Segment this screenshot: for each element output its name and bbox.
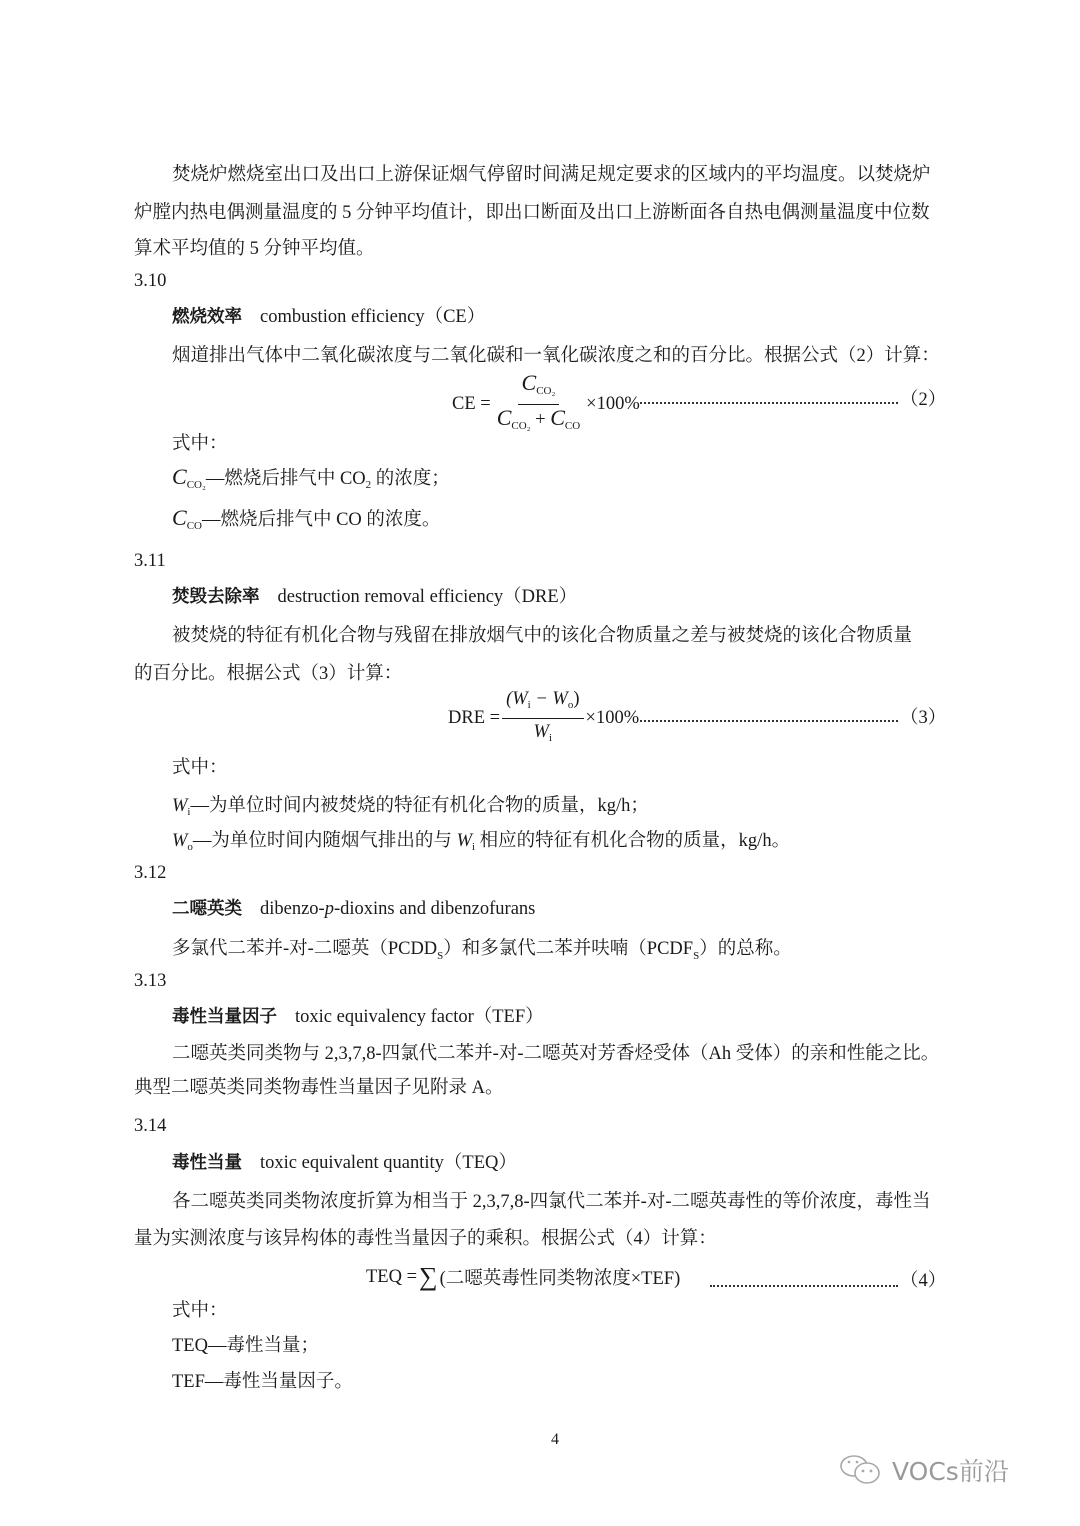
leader-dots <box>710 1285 898 1287</box>
term-heading: 焚毁去除率destruction removal efficiency（DRE） <box>172 586 577 608</box>
variable-definition: CCO—燃烧后排气中 CO 的浓度。 <box>172 507 440 537</box>
definition: 被焚烧的特征有机化合物与残留在排放烟气中的该化合物质量之差与被焚烧的该化合物质量 <box>172 625 912 647</box>
variable-definition: TEQ—毒性当量； <box>172 1335 319 1357</box>
term-english: dibenzo-p-dioxins and dibenzofurans <box>260 899 535 919</box>
sigma-symbol: ∑ <box>419 1262 438 1292</box>
formula-lhs: DRE = <box>448 708 500 729</box>
numerator: (Wi − Wo) <box>502 688 583 719</box>
definition: 烟道排出气体中二氧化碳浓度与二氧化碳和一氧化碳浓度之和的百分比。根据公式（2）计… <box>172 345 940 367</box>
numerator: CCO₂ <box>518 372 560 405</box>
term-heading: 燃烧效率combustion efficiency（CE） <box>172 306 485 328</box>
paragraph-line: 焚烧炉燃烧室出口及出口上游保证烟气停留时间满足规定要求的区域内的平均温度。以焚烧… <box>172 164 931 186</box>
term-heading: 毒性当量因子toxic equivalency factor（TEF） <box>172 1006 544 1028</box>
leader-dots <box>640 402 898 404</box>
fraction: (Wi − Wo) Wi <box>502 688 583 749</box>
denominator: CCO₂ + CCO <box>493 405 584 437</box>
term-chinese: 焚毁去除率 <box>172 587 260 607</box>
term-english: destruction removal efficiency（DRE） <box>278 587 578 607</box>
term-heading: 毒性当量toxic equivalent quantity（TEQ） <box>172 1152 517 1174</box>
definition: 二噁英类同类物与 2,3,7,8-四氯代二苯并-对-二噁英对芳香烃受体（Ah 受… <box>172 1043 939 1065</box>
formula-dre: DRE = (Wi − Wo) Wi ×100% <box>448 688 639 749</box>
watermark: VOCs前沿 <box>838 1452 1009 1488</box>
term-chinese: 二噁英类 <box>172 899 242 919</box>
variable-definition: TEF—毒性当量因子。 <box>172 1371 353 1393</box>
term-chinese: 燃烧效率 <box>172 307 242 327</box>
definition: 的百分比。根据公式（3）计算： <box>134 663 402 685</box>
fraction: CCO₂ CCO₂ + CCO <box>493 372 584 437</box>
term-english: combustion efficiency（CE） <box>260 307 485 327</box>
equation-number: （2） <box>900 385 946 411</box>
paragraph-line: 炉膛内热电偶测量温度的 5 分钟平均值计，即出口断面及出口上游断面各自热电偶测量… <box>134 202 930 224</box>
formula-multiplier: ×100% <box>586 394 640 415</box>
term-chinese: 毒性当量因子 <box>172 1007 277 1027</box>
formula-ce: CE = CCO₂ CCO₂ + CCO ×100% <box>452 372 640 437</box>
section-number: 3.12 <box>134 862 166 884</box>
formula-body: (二噁英毒性同类物浓度×TEF) <box>440 1264 681 1290</box>
term-chinese: 毒性当量 <box>172 1153 242 1173</box>
variable-definition: CCO₂—燃烧后排气中 CO2 的浓度； <box>172 466 450 496</box>
equation-number: （4） <box>900 1266 946 1292</box>
leader-dots <box>640 720 898 722</box>
definition: 多氯代二苯并-对-二噁英（PCDDS）和多氯代二苯并呋喃（PCDFS）的总称。 <box>172 938 792 967</box>
section-number: 3.13 <box>134 970 166 992</box>
definition: 各二噁英类同类物浓度折算为相当于 2,3,7,8-四氯代二苯并-对-二噁英毒性的… <box>172 1191 931 1213</box>
where-label: 式中： <box>172 1300 228 1322</box>
term-english: toxic equivalency factor（TEF） <box>295 1007 544 1027</box>
denominator: Wi <box>530 719 556 749</box>
page-number: 4 <box>551 1431 559 1449</box>
term-english: toxic equivalent quantity（TEQ） <box>260 1153 517 1173</box>
definition: 量为实测浓度与该异构体的毒性当量因子的乘积。根据公式（4）计算： <box>134 1228 717 1250</box>
section-number: 3.11 <box>134 550 166 572</box>
formula-multiplier: ×100% <box>586 708 640 729</box>
variable-definition: Wo—为单位时间内随烟气排出的与 Wi 相应的特征有机化合物的质量，kg/h。 <box>172 830 790 858</box>
section-number: 3.10 <box>134 270 166 292</box>
variable-definition: Wi—为单位时间内被焚烧的特征有机化合物的质量，kg/h； <box>172 795 649 823</box>
definition: 典型二噁英类同类物毒性当量因子见附录 A。 <box>134 1077 504 1099</box>
where-label: 式中： <box>172 433 228 455</box>
term-heading: 二噁英类dibenzo-p-dioxins and dibenzofurans <box>172 898 535 920</box>
watermark-text: VOCs前沿 <box>892 1452 1009 1488</box>
paragraph-line: 算术平均值的 5 分钟平均值。 <box>134 238 375 260</box>
formula-lhs: TEQ = <box>366 1267 417 1288</box>
equation-number: （3） <box>900 703 946 729</box>
section-number: 3.14 <box>134 1115 166 1137</box>
where-label: 式中： <box>172 757 228 779</box>
formula-lhs: CE = <box>452 394 491 415</box>
wechat-icon <box>838 1453 884 1487</box>
formula-teq: TEQ = ∑ (二噁英毒性同类物浓度×TEF) <box>366 1262 680 1292</box>
